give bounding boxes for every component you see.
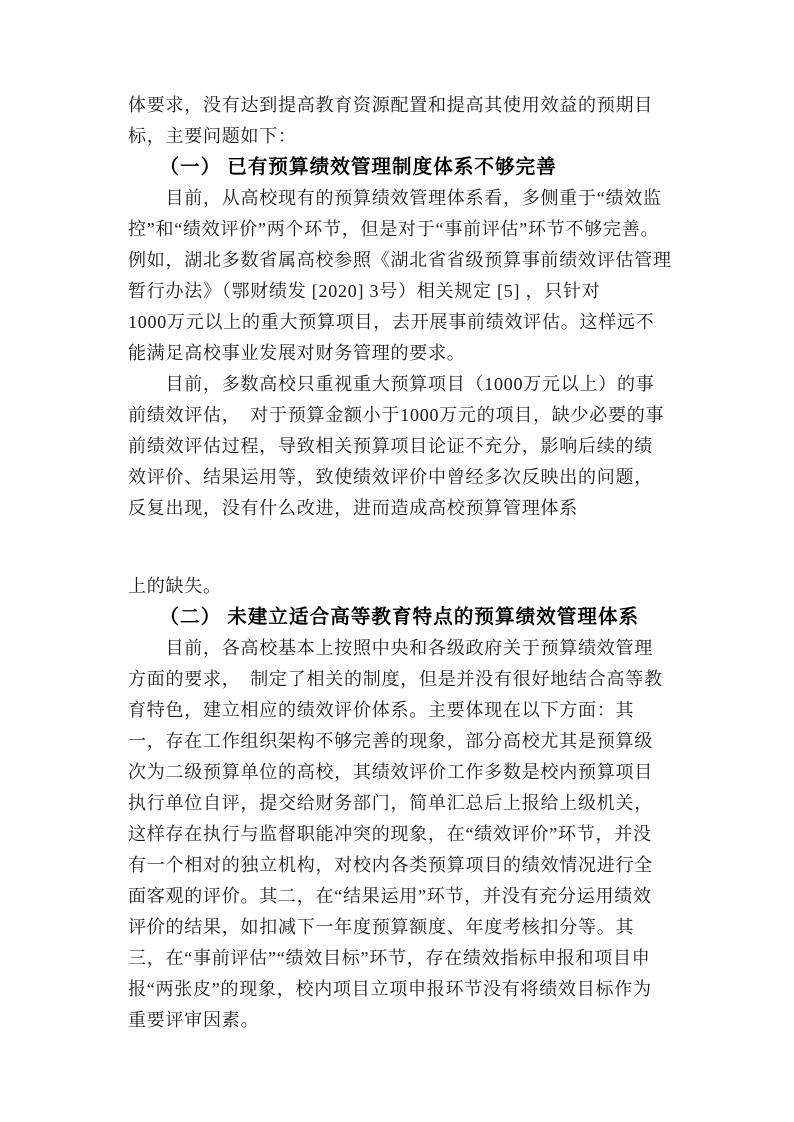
paragraph-continuation-sentence: 上的缺失。 <box>128 571 672 602</box>
document-page: 体要求，没有达到提高教育资源配置和提高其使用效益的预期目 标，主要问题如下： （… <box>0 0 794 1122</box>
section-heading-2: （二） 未建立适合高等教育特点的预算绩效管理体系 <box>128 602 672 633</box>
page-text-content: 体要求，没有达到提高教育资源配置和提高其使用效益的预期目 标，主要问题如下： （… <box>128 90 672 1036</box>
section-heading-1: （一） 已有预算绩效管理制度体系不够完善 <box>128 152 672 183</box>
paragraph-section2: 目前，各高校基本上按照中央和各级政府关于预算绩效管理 方面的要求， 制定了相关的… <box>128 633 672 1036</box>
paragraph-continuation-intro: 体要求，没有达到提高教育资源配置和提高其使用效益的预期目 标，主要问题如下： <box>128 90 672 152</box>
paragraph-section1-a: 目前，从高校现有的预算绩效管理体系看，多侧重于“绩效监 控”和“绩效评价”两个环… <box>128 183 672 369</box>
paragraph-section1-b: 目前，多数高校只重视重大预算项目（1000万元以上）的事 前绩效评估， 对于预算… <box>128 369 672 524</box>
